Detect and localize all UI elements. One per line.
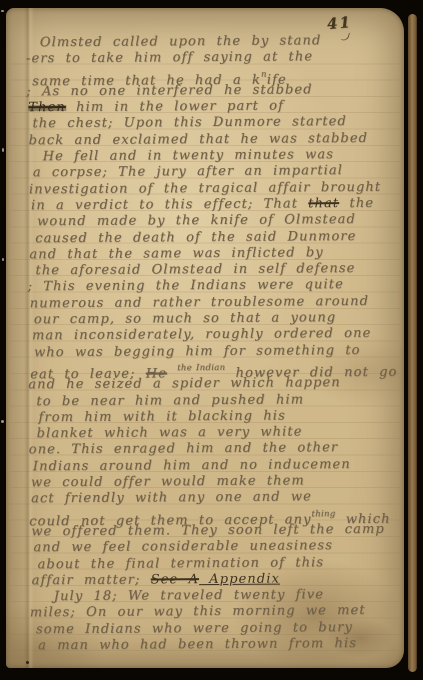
manuscript-segment: a corpse; The jury after an impartial: [33, 163, 343, 180]
manuscript-segment: affair matter;: [32, 572, 151, 588]
dust-speck: [2, 148, 4, 152]
manuscript-lines: Olmsted called upon the by stand-ers to …: [26, 33, 408, 655]
manuscript-segment: some Indians who were going to bury: [36, 620, 353, 637]
manuscript-segment: a man who had been thrown from his: [38, 636, 357, 653]
manuscript-line: the aforesaid Olmstead in self defense: [27, 261, 405, 280]
dust-speck: [2, 258, 4, 261]
ink-dot: [26, 661, 29, 664]
manuscript-segment: Olmsted called upon the by stand: [40, 33, 322, 50]
manuscript-segment: we offered them. They soon left the camp: [31, 522, 385, 539]
manuscript-segment: the chest; Upon this Dunmore started: [32, 115, 347, 132]
manuscript-segment: about the final termination of this: [37, 555, 324, 572]
manuscript-line: back and exclaimed that he was stabbed: [27, 130, 405, 149]
manuscript-segment-sup: the Indian: [177, 363, 225, 373]
manuscript-segment: who was begging him for something to: [34, 343, 361, 360]
manuscript-segment: blanket which was a very white: [37, 425, 303, 442]
manuscript-segment: man inconsiderately, roughly ordered one: [32, 326, 372, 343]
next-page-edge: [408, 14, 417, 672]
manuscript-segment: the aforesaid Olmstead in self defense: [35, 261, 355, 278]
manuscript-segment: July 18; We traveled twenty five: [54, 587, 324, 604]
manuscript-segment: He fell and in twenty minutes was: [43, 147, 334, 164]
manuscript-segment: caused the death of the said Dunmore: [35, 229, 356, 246]
manuscript-line: numerous and rather troublesome around: [28, 293, 406, 312]
manuscript-segment: and that the same was inflicted by: [29, 245, 323, 262]
manuscript-segment: from him with it blacking his: [38, 408, 285, 425]
manuscript-line: eat to leave; He the Indian however did …: [28, 359, 406, 378]
manuscript-line: caused the death of the said Dunmore: [27, 228, 405, 247]
manuscript-segment: our camp, so much so that a young: [34, 310, 336, 327]
manuscript-segment: act friendly with any one and we: [31, 490, 312, 507]
manuscript-line: we offered them. They soon left the camp: [29, 522, 407, 541]
manuscript-line: a man who had been thrown from his: [30, 636, 408, 655]
manuscript-segment: numerous and rather troublesome around: [30, 294, 369, 311]
manuscript-segment: to be near him and pushed him: [36, 392, 304, 409]
manuscript-segment: back and exclaimed that he was stabbed: [29, 131, 369, 148]
dust-speck: [1, 10, 4, 12]
manuscript-segment: and he seized a spider which happen: [28, 375, 341, 392]
manuscript-page: 41 Olmsted called upon the by stand-ers …: [6, 8, 404, 668]
manuscript-photo: 41 Olmsted called upon the by stand-ers …: [0, 0, 423, 680]
manuscript-segment: we could offer would make them: [31, 473, 305, 490]
manuscript-line: Indians around him and no inducemen: [29, 456, 407, 475]
manuscript-segment: ; As no one interfered he stabbed: [26, 82, 313, 99]
manuscript-segment: him in the lower part of: [66, 99, 284, 116]
manuscript-segment: investigation of the tragical affair bro…: [29, 180, 381, 197]
manuscript-segment: in a verdict to this effect; That: [31, 196, 308, 213]
manuscript-segment: Indians around him and no inducemen: [33, 457, 351, 474]
manuscript-segment: wound made by the knife of Olmstead: [37, 212, 356, 229]
manuscript-segment: -ers to take him off saying at the: [26, 50, 313, 67]
manuscript-segment-dark-underline: Appendix: [199, 571, 280, 587]
manuscript-segment-dark-strike: See A: [151, 572, 199, 587]
manuscript-segment-strike-dark: that: [308, 196, 339, 211]
manuscript-segment-sup: thing: [311, 509, 335, 519]
manuscript-segment: and we feel considerable uneasiness: [33, 538, 333, 555]
page-number: 41: [326, 13, 352, 33]
dust-speck: [1, 420, 4, 423]
manuscript-segment: the: [339, 196, 374, 211]
manuscript-segment: one. This enraged him and the other: [29, 441, 339, 458]
manuscript-segment: ; This evening the Indians were quite: [28, 278, 344, 295]
manuscript-segment: miles; On our way this morning we met: [30, 603, 366, 620]
manuscript-segment-blot: Then: [28, 100, 66, 115]
